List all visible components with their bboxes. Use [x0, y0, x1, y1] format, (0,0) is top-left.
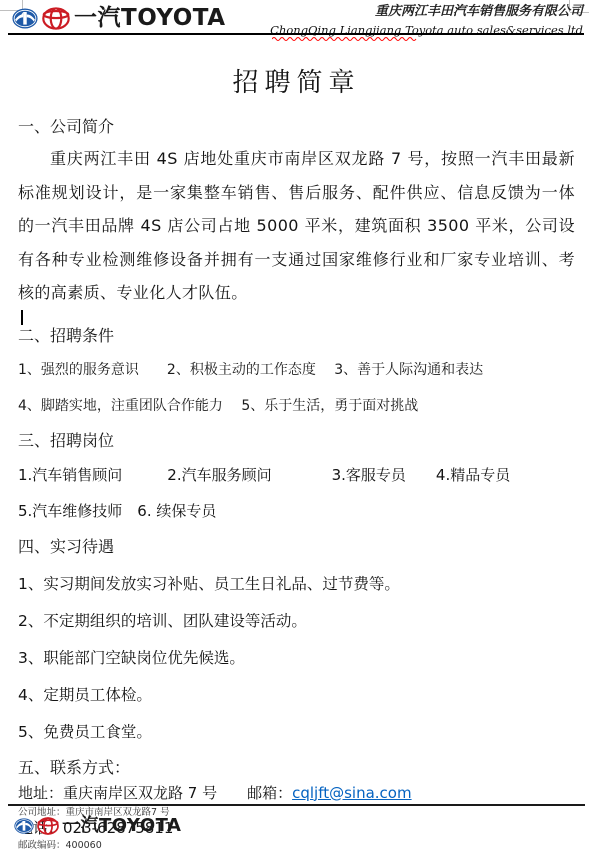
- header-brand: 一汽TOYOTA: [12, 7, 226, 30]
- section-3-heading: 三、招聘岗位: [18, 431, 575, 451]
- faw-emblem-icon: [14, 818, 34, 834]
- benefit-item: 5、免费员工食堂。: [18, 722, 575, 742]
- header-divider: [8, 33, 584, 35]
- document-body: 招聘简章 一、公司简介 重庆两江丰田 4S 店地处重庆市南岸区双龙路 7 号，按…: [18, 58, 575, 838]
- section-4-heading: 四、实习待遇: [18, 537, 575, 557]
- requirements-line-2: 4、脚踏实地，注重团队合作能力 5、乐于生活，勇于面对挑战: [18, 397, 575, 415]
- page-title: 招聘简章: [18, 68, 575, 98]
- company-name-en: ChongQing Liangjiang Toyota auto sales&s…: [270, 24, 583, 37]
- email-link[interactable]: cqljft@sina.com: [292, 784, 412, 802]
- positions-line-1: 1.汽车销售顾问 2.汽车服务顾问 3.客服专员 4.精品专员: [18, 466, 575, 485]
- benefit-item: 4、定期员工体检。: [18, 685, 575, 705]
- section-1-heading: 一、公司简介: [18, 117, 575, 137]
- faw-emblem-icon: [12, 8, 38, 29]
- footer-brand: 一汽TOYOTA: [14, 817, 181, 835]
- address-text: 地址：重庆南岸区双龙路 7 号 邮箱：: [18, 784, 292, 802]
- spellcheck-squiggle-icon: [272, 36, 422, 41]
- company-name-cn: 重庆两江丰田汽车销售服务有限公司: [270, 4, 583, 19]
- footer-divider: [8, 804, 585, 806]
- requirements-line-1: 1、强烈的服务意识 2、积极主动的工作态度 3、善于人际沟通和表达: [18, 361, 575, 379]
- benefit-item: 2、不定期组织的培训、团队建设等活动。: [18, 611, 575, 631]
- footer-brand-text: 一汽TOYOTA: [62, 817, 181, 835]
- benefit-item: 1、实习期间发放实习补贴、员工生日礼品、过节费等。: [18, 574, 575, 594]
- toyota-emblem-icon: [37, 817, 59, 835]
- positions-line-2: 5.汽车维修技师 6. 续保专员: [18, 502, 575, 521]
- company-intro-paragraph: 重庆两江丰田 4S 店地处重庆市南岸区双龙路 7 号，按照一汽丰田最新标准规划设…: [18, 142, 575, 310]
- section-5-heading: 五、联系方式：: [18, 758, 575, 778]
- footer-postcode: 邮政编码：400060: [18, 840, 102, 851]
- section-2-heading: 二、招聘条件: [18, 326, 575, 346]
- document-page: 一汽TOYOTA 重庆两江丰田汽车销售服务有限公司 ChongQing Lian…: [0, 0, 589, 866]
- text-cursor: [21, 310, 23, 325]
- brand-text: 一汽TOYOTA: [74, 7, 226, 30]
- benefit-item: 3、职能部门空缺岗位优先候选。: [18, 648, 575, 668]
- toyota-emblem-icon: [42, 7, 70, 30]
- address-line: 地址：重庆南岸区双龙路 7 号 邮箱：cqljft@sina.com: [18, 783, 575, 803]
